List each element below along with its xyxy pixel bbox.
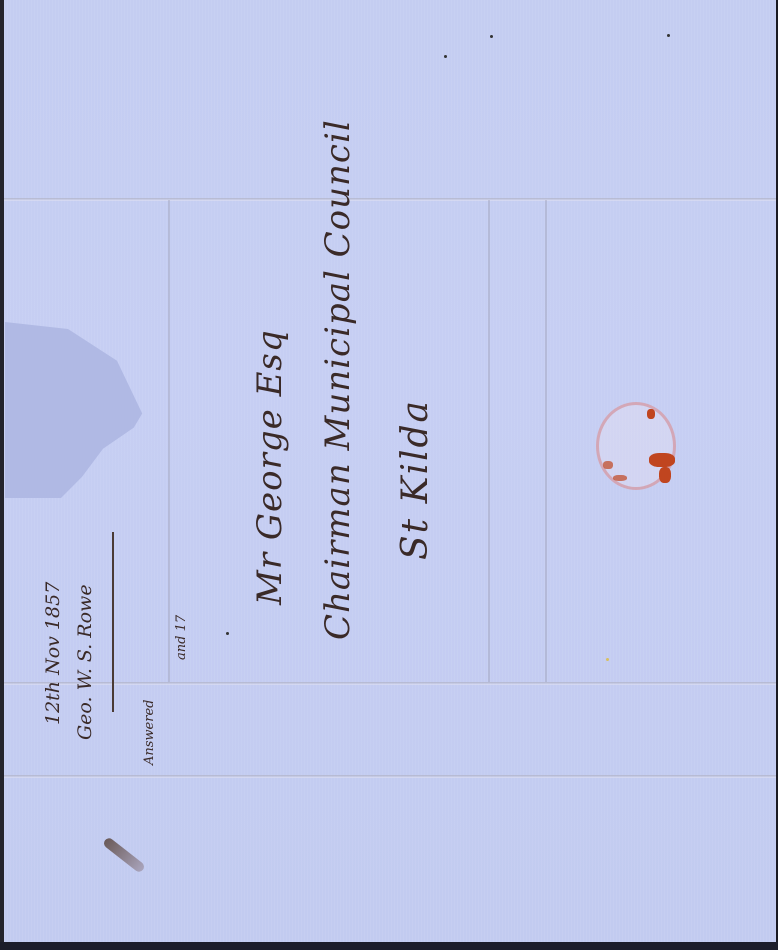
ink-speck [667,34,670,37]
fold-line-vertical-left [168,200,170,682]
ink-speck [490,35,493,38]
fold-line-top [4,198,776,201]
seal-fragment [659,467,671,483]
seal-fragment [647,409,655,419]
ink-speck [606,658,609,661]
fold-line-bottom [4,775,776,778]
address-line-2: Chairman Municipal Council [318,119,358,640]
docket-underline [112,532,114,712]
wax-seal-icon [596,402,676,490]
fold-line-vertical-right [545,200,547,682]
seal-fragment [603,461,613,469]
fold-line-middle [4,682,776,685]
docket-date: 12th Nov 1857 [42,582,64,725]
docket-name: Geo. W. S. Rowe [74,584,96,740]
docket-extra: and 17 [174,615,189,660]
seal-fragment [649,453,675,467]
scan-border-bottom [0,942,778,950]
fold-line-vertical-center [488,200,490,682]
seal-fragment [613,475,627,481]
address-line-1: Mr George Esq [250,329,290,605]
ink-speck [226,632,229,635]
address-line-3: St Kilda [395,399,436,560]
ink-speck [444,55,447,58]
docket-note: Answered [142,700,157,765]
